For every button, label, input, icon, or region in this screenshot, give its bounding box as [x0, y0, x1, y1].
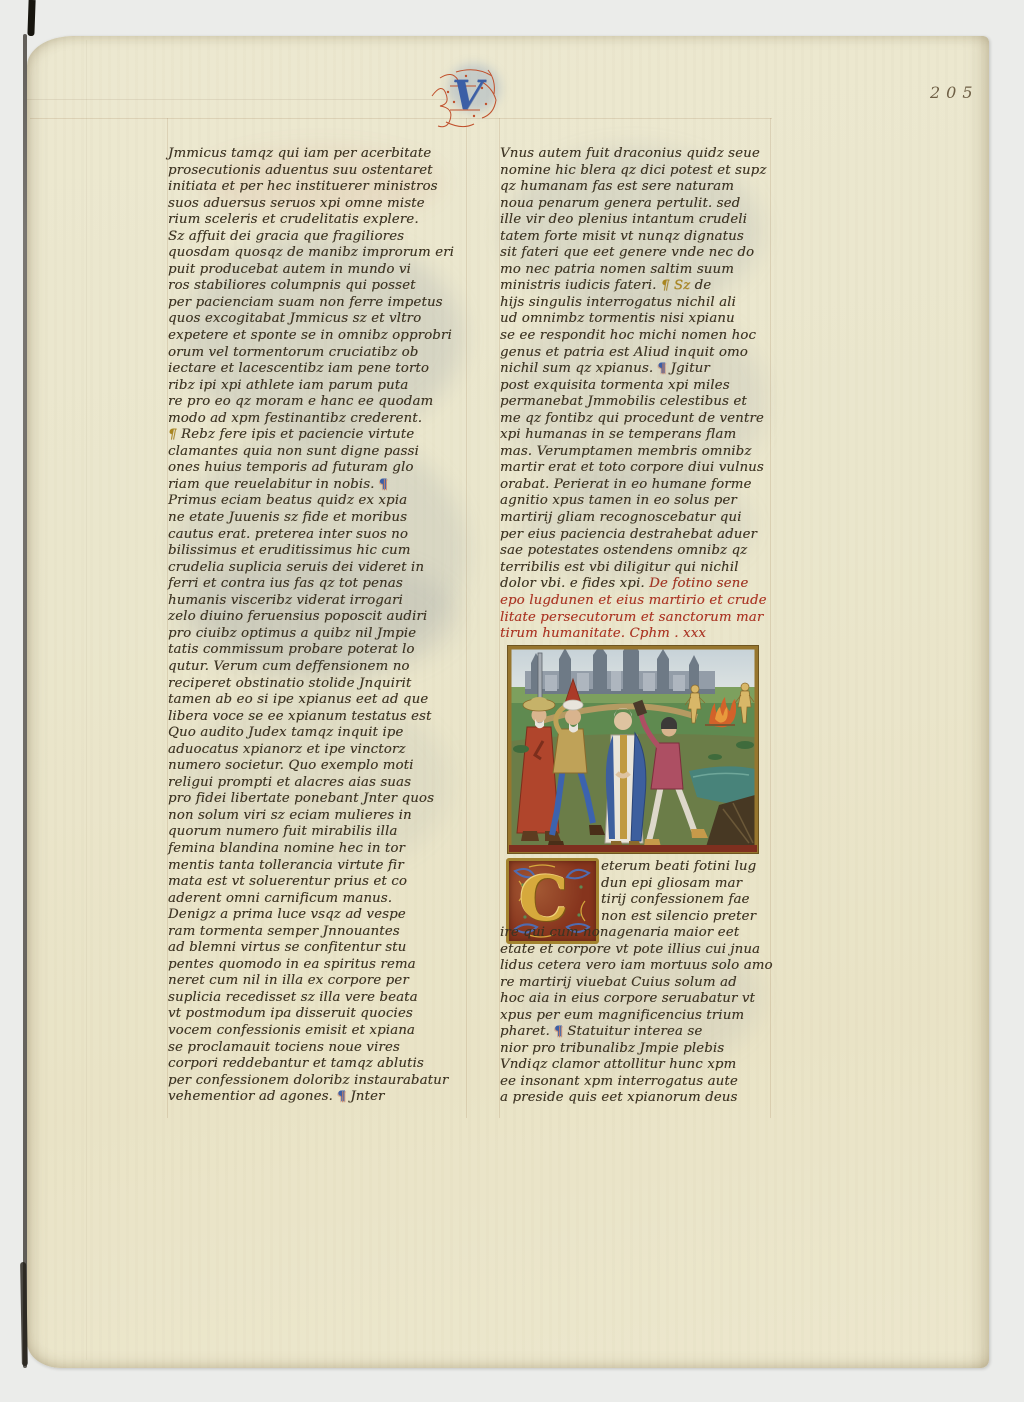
binding-edge-top	[27, 0, 35, 36]
text-line: per eius paciencia destrahebat aduer	[500, 527, 776, 544]
gold-stole	[620, 735, 627, 839]
text-line: rium sceleris et crudelitatis explere.	[168, 212, 470, 229]
decorated-text-segment: ¶ Sz	[661, 278, 690, 293]
text-line: ones huius temporis ad futuram glo	[168, 460, 470, 477]
text-line: sae potestates ostendens omnibz qz	[500, 543, 776, 560]
text-line: dolor vbi. e fides xpi. De fotino sene	[500, 576, 776, 593]
text-line: mata est vt soluerentur prius et co	[168, 874, 470, 891]
text-line: humanis visceribz viderat irrogari	[168, 593, 470, 610]
ruling-line-horizontal	[30, 118, 772, 119]
text-line: permanebat Jmmobilis celestibus et	[500, 394, 776, 411]
text-line: pharet. ¶ Statuitur interea se	[500, 1024, 776, 1041]
text-line: Quo audito Judex tamqz inquit ipe	[168, 725, 470, 742]
text-line: Jmmicus tamqz qui iam per acerbitate	[168, 146, 470, 163]
text-line: tatis commissum probare poterat lo	[168, 642, 470, 659]
text-line: hijs singulis interrogatus nichil ali	[500, 295, 776, 312]
text-line: tirij confessionem fae	[601, 892, 776, 909]
right-text-column-beside-initial: eterum beati fotini lugdun epi gliosam m…	[500, 859, 776, 925]
text-line: genus et patria est Aliud inquit omo	[500, 345, 776, 362]
text-line: a preside quis eet xpianorum deus	[500, 1090, 776, 1107]
text-line: Vndiqz clamor attollitur hunc xpm	[500, 1057, 776, 1074]
text-line: lidus cetera vero iam mortuus solo amo	[500, 958, 776, 975]
text-line: agnitio xpus tamen in eo solus per	[500, 493, 776, 510]
text-segment: dolor vbi. e fides xpi.	[500, 576, 649, 591]
text-line: litate persecutorum et sanctorum mar	[500, 610, 776, 627]
text-line: martir erat et toto corpore diui vulnus	[500, 460, 776, 477]
text-line: mas. Verumptamen membris omnibz	[500, 444, 776, 461]
text-line: riam que reuelabitur in nobis. ¶	[168, 477, 470, 494]
text-line: se proclamauit tociens noue vires	[168, 1040, 470, 1057]
text-line: me qz fontibz qui procedunt de ventre	[500, 411, 776, 428]
text-line: libera voce se ee xpianum testatus est	[168, 709, 470, 726]
text-line: iectare et lacescentibz iam pene torto	[168, 361, 470, 378]
text-line: nomine hic blera qz dici potest et supz	[500, 163, 776, 180]
text-line: qutur. Verum cum deffensionem no	[168, 659, 470, 676]
text-line: ros stabiliores columpnis qui posset	[168, 278, 470, 295]
text-line: expetere et sponte se in omnibz opprobri	[168, 328, 470, 345]
text-line: terribilis est vbi diligitur qui nichil	[500, 560, 776, 577]
binding-edge	[23, 34, 27, 1368]
text-line: ee insonant xpm interrogatus aute	[500, 1074, 776, 1091]
text-line: dun epi gliosam mar	[601, 876, 776, 893]
text-line: religui prompti et alacres aias suas	[168, 775, 470, 792]
text-line: sit fateri que eet genere vnde nec do	[500, 245, 776, 262]
decorated-text-segment: ¶	[337, 1089, 346, 1104]
decorated-text-segment: De fotino sene	[649, 576, 748, 591]
text-line: femina blandina nomine hec in tor	[168, 841, 470, 858]
decorated-text-segment: ¶	[379, 477, 388, 492]
text-line: ne etate Juuenis sz fide et moribus	[168, 510, 470, 527]
text-line: zelo diuino feruensius poposcit audiri	[168, 609, 470, 626]
text-line: orabat. Perierat in eo humane forme	[500, 477, 776, 494]
text-line: Denigz a prima luce vsqz ad vespe	[168, 907, 470, 924]
text-line: Primus eciam beatus quidz ex xpia	[168, 493, 470, 510]
text-line: ire qui cum nonagenaria maior eet	[500, 925, 776, 942]
chapter-rubric: epo lugdunen et eius martirio et crudeli…	[500, 593, 776, 643]
text-line: xpus per eum magnificencius trium	[500, 1008, 776, 1025]
text-line: ille vir deo plenius intantum crudeli	[500, 212, 776, 229]
text-line: neret cum nil in illa ex corpore per	[168, 973, 470, 990]
text-segment: pharet.	[500, 1024, 554, 1039]
text-line: Sz affuit dei gracia que fragiliores	[168, 229, 470, 246]
text-line: aduocatus xpianorz et ipe vinctorz	[168, 742, 470, 759]
text-line: prosecutionis aduentus suu ostentaret	[168, 163, 470, 180]
text-line: crudelia suplicia seruis dei videret in	[168, 560, 470, 577]
text-line: vocem confessionis emisit et xpiana	[168, 1023, 470, 1040]
text-line: initiata et per hec instituerer ministro…	[168, 179, 470, 196]
text-line: quos excogitabat Jmmicus sz et vltro	[168, 311, 470, 328]
text-line: bilissimus et eruditissimus hic cum	[168, 543, 470, 560]
text-line: vehementior ad agones. ¶ Jnter	[168, 1089, 470, 1106]
text-line: corpori reddebantur et tamqz ablutis	[168, 1056, 470, 1073]
text-line: pro fidei libertate ponebant Jnter quos	[168, 791, 470, 808]
text-line: mentis tanta tollerancia virtute fir	[168, 858, 470, 875]
text-line: clamantes quia non sunt digne passi	[168, 444, 470, 461]
text-line: noua penarum genera pertulit. sed	[500, 196, 776, 213]
text-segment: de	[690, 278, 711, 293]
text-line: Vnus autem fuit draconius quidz seue	[500, 146, 776, 163]
text-line: ferri et contra ius fas qz tot penas	[168, 576, 470, 593]
text-line: ad blemni virtus se confitentur stu	[168, 940, 470, 957]
miniature-frame-bottom	[509, 845, 757, 852]
text-line: hoc aia in eius corpore seruabatur vt	[500, 991, 776, 1008]
text-line: per pacienciam suam non ferre impetus	[168, 295, 470, 312]
crease-line	[27, 99, 447, 100]
decorated-text-segment: ¶	[168, 427, 181, 442]
text-line: suos aduersus seruos xpi omne miste	[168, 196, 470, 213]
text-segment: vehementior ad agones.	[168, 1089, 337, 1104]
text-segment: nichil sum qz xpianus.	[500, 361, 658, 376]
text-line: tamen ab eo si ipe xpianus eet ad que	[168, 692, 470, 709]
text-line: suplicia recedisset sz illa vere beata	[168, 990, 470, 1007]
folio-number: 205	[930, 83, 979, 102]
text-line: cautus erat. preterea inter suos no	[168, 527, 470, 544]
text-line: re martirij viuebat Cuius solum ad	[500, 975, 776, 992]
text-line: mo nec patria nomen saltim suum	[500, 262, 776, 279]
left-text-column: Jmmicus tamqz qui iam per acerbitatepros…	[168, 146, 470, 1106]
text-line: quosdam quosqz de manibz improrum eri	[168, 245, 470, 262]
right-text-column-top: Vnus autem fuit draconius quidz seuenomi…	[500, 146, 776, 593]
text-line: ¶ Rebz fere ipis et paciencie virtute	[168, 427, 470, 444]
text-line: re pro eo qz moram e hanc ee quodam	[168, 394, 470, 411]
text-line: tatem forte misit vt nunqz dignatus	[500, 229, 776, 246]
text-line: vt postmodum ipa disseruit quocies	[168, 1006, 470, 1023]
text-line: ministris iudicis fateri. ¶ Sz de	[500, 278, 776, 295]
text-line: orum vel tormentorum cruciatibz ob	[168, 345, 470, 362]
text-line: se ee respondit hoc michi nomen hoc	[500, 328, 776, 345]
penwork-initial-top: V	[426, 58, 502, 140]
text-segment: ministris iudicis fateri.	[500, 278, 661, 293]
text-line: per confessionem doloribz instaurabatur	[168, 1073, 470, 1090]
text-line: ram tormenta semper Jnnouantes	[168, 924, 470, 941]
text-line: martirij gliam recognoscebatur qui	[500, 510, 776, 527]
text-line: epo lugdunen et eius martirio et crude	[500, 593, 776, 610]
text-line: non est silencio preter	[601, 909, 776, 926]
text-line: puit producebat autem in mundo vi	[168, 262, 470, 279]
text-line: eterum beati fotini lug	[601, 859, 776, 876]
text-line: quorum numero fuit mirabilis illa	[168, 824, 470, 841]
text-line: qz humanam fas est sere naturam	[500, 179, 776, 196]
right-text-column-bottom: ire qui cum nonagenaria maior eetetate e…	[500, 925, 776, 1107]
miniature	[507, 645, 759, 854]
text-segment: Rebz fere ipis et paciencie virtute	[181, 427, 414, 442]
text-segment: riam que reuelabitur in nobis.	[168, 477, 379, 492]
decorated-text-segment: ¶	[554, 1024, 563, 1039]
initial-letter: V	[452, 76, 483, 116]
text-line: modo ad xpm festinantibz crederent.	[168, 411, 470, 428]
text-line: pro ciuibz optimus a quibz nil Jmpie	[168, 626, 470, 643]
text-line: numero societur. Quo exemplo moti	[168, 758, 470, 775]
text-line: reciperet obstinatio stolide Jnquirit	[168, 676, 470, 693]
text-segment: Statuitur interea se	[563, 1024, 703, 1039]
text-segment: Jgitur	[666, 361, 710, 376]
decorated-text-segment: ¶	[658, 361, 667, 376]
text-line: tirum humanitate. Cphm . xxx	[500, 626, 776, 643]
text-line: xpi humanas in se temperans flam	[500, 427, 776, 444]
text-line: ud omnimbz tormentis nisi xpianu	[500, 311, 776, 328]
text-line: ribz ipi xpi athlete iam parum puta	[168, 378, 470, 395]
text-line: aderent omni carnificum manus.	[168, 891, 470, 908]
text-line: nichil sum qz xpianus. ¶ Jgitur	[500, 361, 776, 378]
text-segment: Jnter	[346, 1089, 385, 1104]
text-line: etate et corpore vt pote illius cui jnua	[500, 942, 776, 959]
text-line: post exquisita tormenta xpi miles	[500, 378, 776, 395]
text-line: non solum viri sz eciam mulieres in	[168, 808, 470, 825]
text-line: pentes quomodo in ea spiritus rema	[168, 957, 470, 974]
text-line: nior pro tribunalibz Jmpie plebis	[500, 1041, 776, 1058]
crease-line	[86, 40, 87, 1360]
